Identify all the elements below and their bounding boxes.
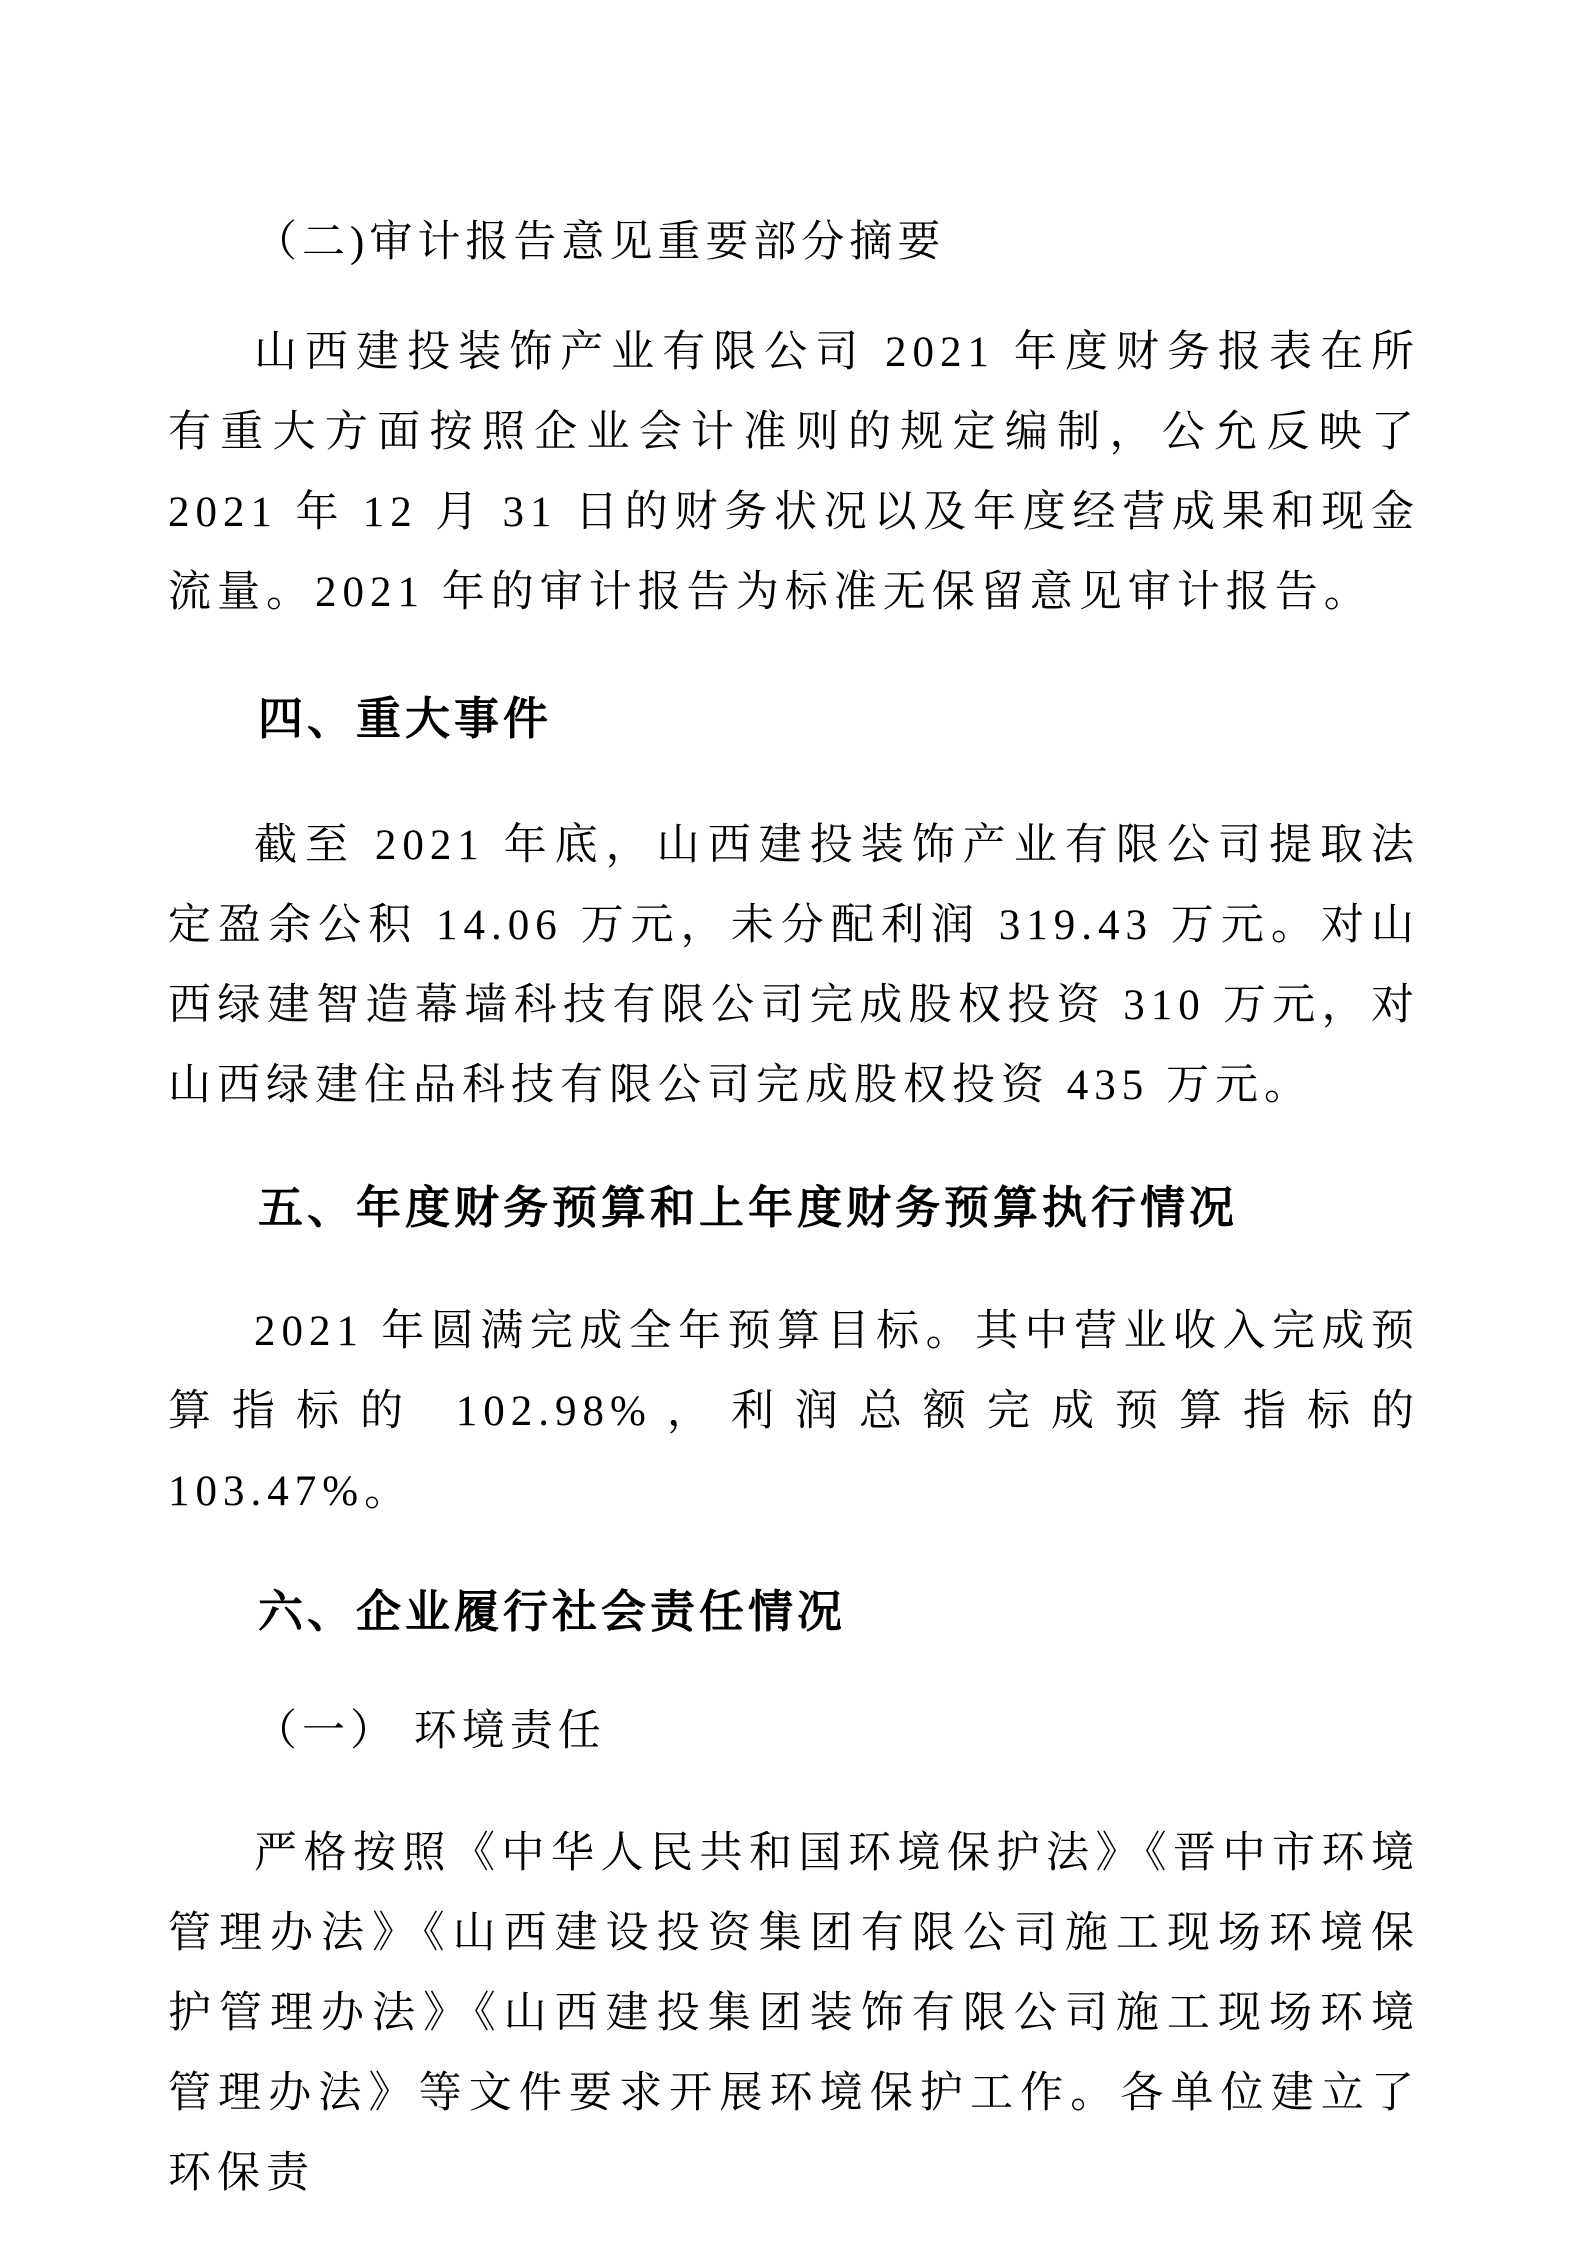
subheading-environmental-responsibility: （一） 环境责任	[168, 1692, 1420, 1772]
heading-social-responsibility: 六、企业履行社会责任情况	[168, 1572, 1420, 1652]
heading-major-events: 四、重大事件	[168, 679, 1420, 759]
document-page: （二)审计报告意见重要部分摘要 山西建投装饰产业有限公司 2021 年度财务报表…	[168, 203, 1420, 2214]
paragraph-audit-opinion: 山西建投装饰产业有限公司 2021 年度财务报表在所有重大方面按照企业会计准则的…	[168, 313, 1420, 633]
paragraph-environmental-protection: 严格按照《中华人民共和国环境保护法》《晋中市环境管理办法》《山西建设投资集团有限…	[168, 1814, 1420, 2214]
heading-annual-budget-execution: 五、年度财务预算和上年度财务预算执行情况	[168, 1168, 1420, 1248]
paragraph-budget-results: 2021 年圆满完成全年预算目标。其中营业收入完成预算指标的 102.98%，利…	[168, 1292, 1420, 1532]
subheading-audit-opinion-summary: （二)审计报告意见重要部分摘要	[168, 203, 1420, 283]
paragraph-major-events: 截至 2021 年底，山西建投装饰产业有限公司提取法定盈余公积 14.06 万元…	[168, 806, 1420, 1126]
